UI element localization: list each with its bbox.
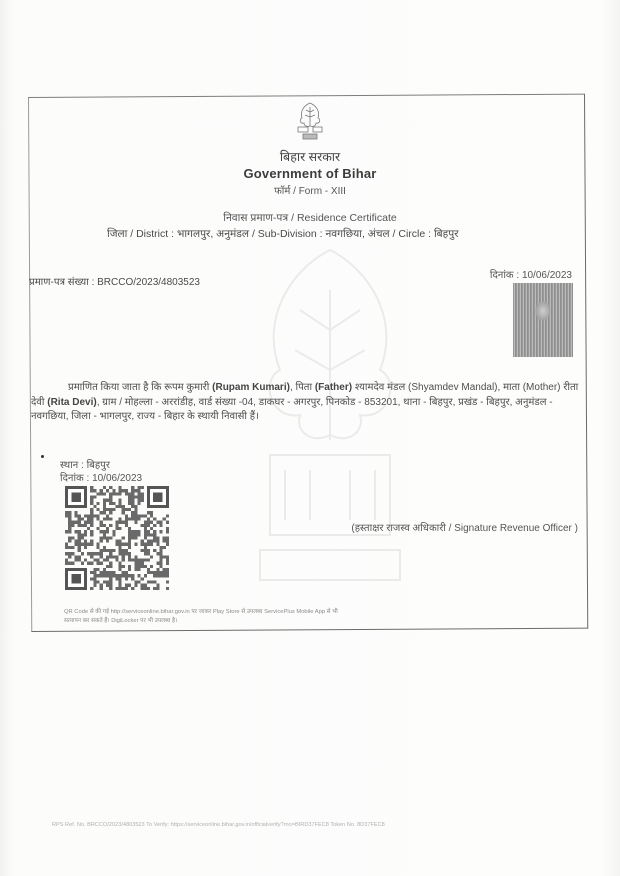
father-name-hi: श्यामदेव मंडल (355, 382, 405, 393)
applicant-photo (513, 283, 573, 357)
certificate-body: प्रमाणित किया जाता है कि रूपम कुमारी (Ru… (31, 381, 579, 425)
issue-date-value: 10/06/2023 (92, 473, 142, 484)
address-text: ग्राम / मोहल्ला - अररांडीह, वार्ड संख्या… (31, 397, 553, 423)
certificate-number: प्रमाण-पत्र संख्या : BRCCO/2023/4803523 (29, 274, 200, 288)
subdivision-value: नवगछिया, (325, 228, 364, 240)
footnote-line-1: QR Code से की गई http://serviceonline.bi… (64, 608, 338, 617)
stray-mark (41, 455, 44, 458)
certificate-number-label: प्रमाण-पत्र संख्या : (29, 277, 94, 288)
signature-label: (हस्ताक्षर राजस्व अधिकारी / Signature Re… (351, 520, 578, 534)
father-label: पिता (296, 382, 313, 393)
issue-date-bottom: दिनांक : 10/06/2023 (60, 470, 142, 484)
district-label: जिला / District : (107, 228, 174, 240)
verification-footer: RPS Ref. No. BRCCO/2023/4803523 To Verif… (52, 822, 385, 828)
footnote-line-2: सत्यापन कर सकते हैं। DigiLocker पर भी उप… (64, 617, 338, 626)
circle-value: बिहपुर (434, 228, 459, 240)
district-value: भागलपुर, (177, 228, 213, 240)
bihar-emblem-watermark-icon (200, 230, 460, 620)
applicant-name-en: (Rupam Kumari) (212, 382, 290, 393)
certificate-type: निवास प्रमाण-पत्र / Residence Certificat… (0, 211, 620, 225)
father-name-en: (Shyamdev Mandal) (408, 382, 497, 393)
date-value: 10/06/2023 (522, 270, 572, 281)
mother-name-en: (Rita Devi) (47, 397, 96, 408)
certificate-number-value: BRCCO/2023/4803523 (97, 277, 200, 288)
father-label-en: (Father) (315, 382, 352, 393)
jurisdiction-line: जिला / District : भागलपुर, अनुमंडल / Sub… (107, 227, 459, 241)
mother-label: माता (Mother) (503, 382, 560, 393)
verification-qr-code[interactable] (64, 486, 170, 590)
body-intro: प्रमाणित किया जाता है कि रूपम कुमारी (68, 382, 209, 393)
subdivision-label: अनुमंडल / Sub-Division : (216, 228, 322, 240)
date-label: दिनांक : (490, 270, 519, 281)
bihar-state-emblem-icon (289, 101, 331, 141)
form-number: फॉर्म / Form - XIII (0, 183, 620, 197)
issue-place: स्थान : बिहपुर (60, 457, 110, 471)
circle-label: अंचल / Circle : (368, 228, 431, 240)
header-title-english: Government of Bihar (0, 166, 620, 181)
issue-date-label: दिनांक : (60, 473, 89, 484)
qr-footnote: QR Code से की गई http://serviceonline.bi… (64, 608, 338, 626)
issue-date-top: दिनांक : 10/06/2023 (490, 267, 572, 281)
header-title-hindi: बिहार सरकार (0, 148, 620, 165)
